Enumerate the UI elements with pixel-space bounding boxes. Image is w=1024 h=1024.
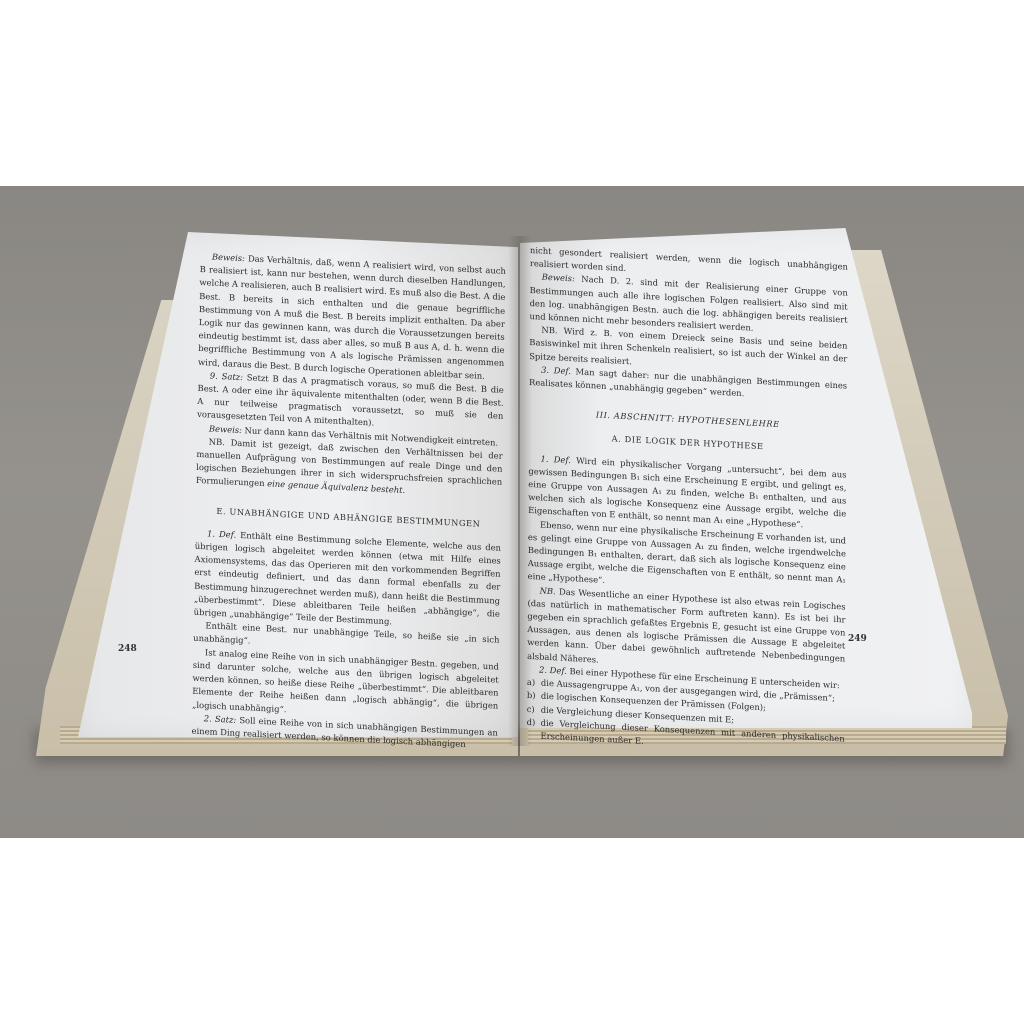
section-heading: E. UNABHÄNGIGE UND ABHÄNGIGE BESTIMMUNGE… (195, 503, 501, 531)
left-page-text: Beweis: Das Verhältnis, daß, wenn A real… (191, 250, 505, 753)
paragraph: Beweis: Das Verhältnis, daß, wenn A real… (198, 250, 506, 384)
page-number-left: 248 (118, 644, 137, 654)
paragraph: 1. Def. Enthält eine Bestimmung solche E… (194, 527, 502, 634)
right-page-text: nicht gesondert realisiert werden, wenn … (527, 244, 848, 759)
page-number-right: 249 (848, 634, 867, 644)
